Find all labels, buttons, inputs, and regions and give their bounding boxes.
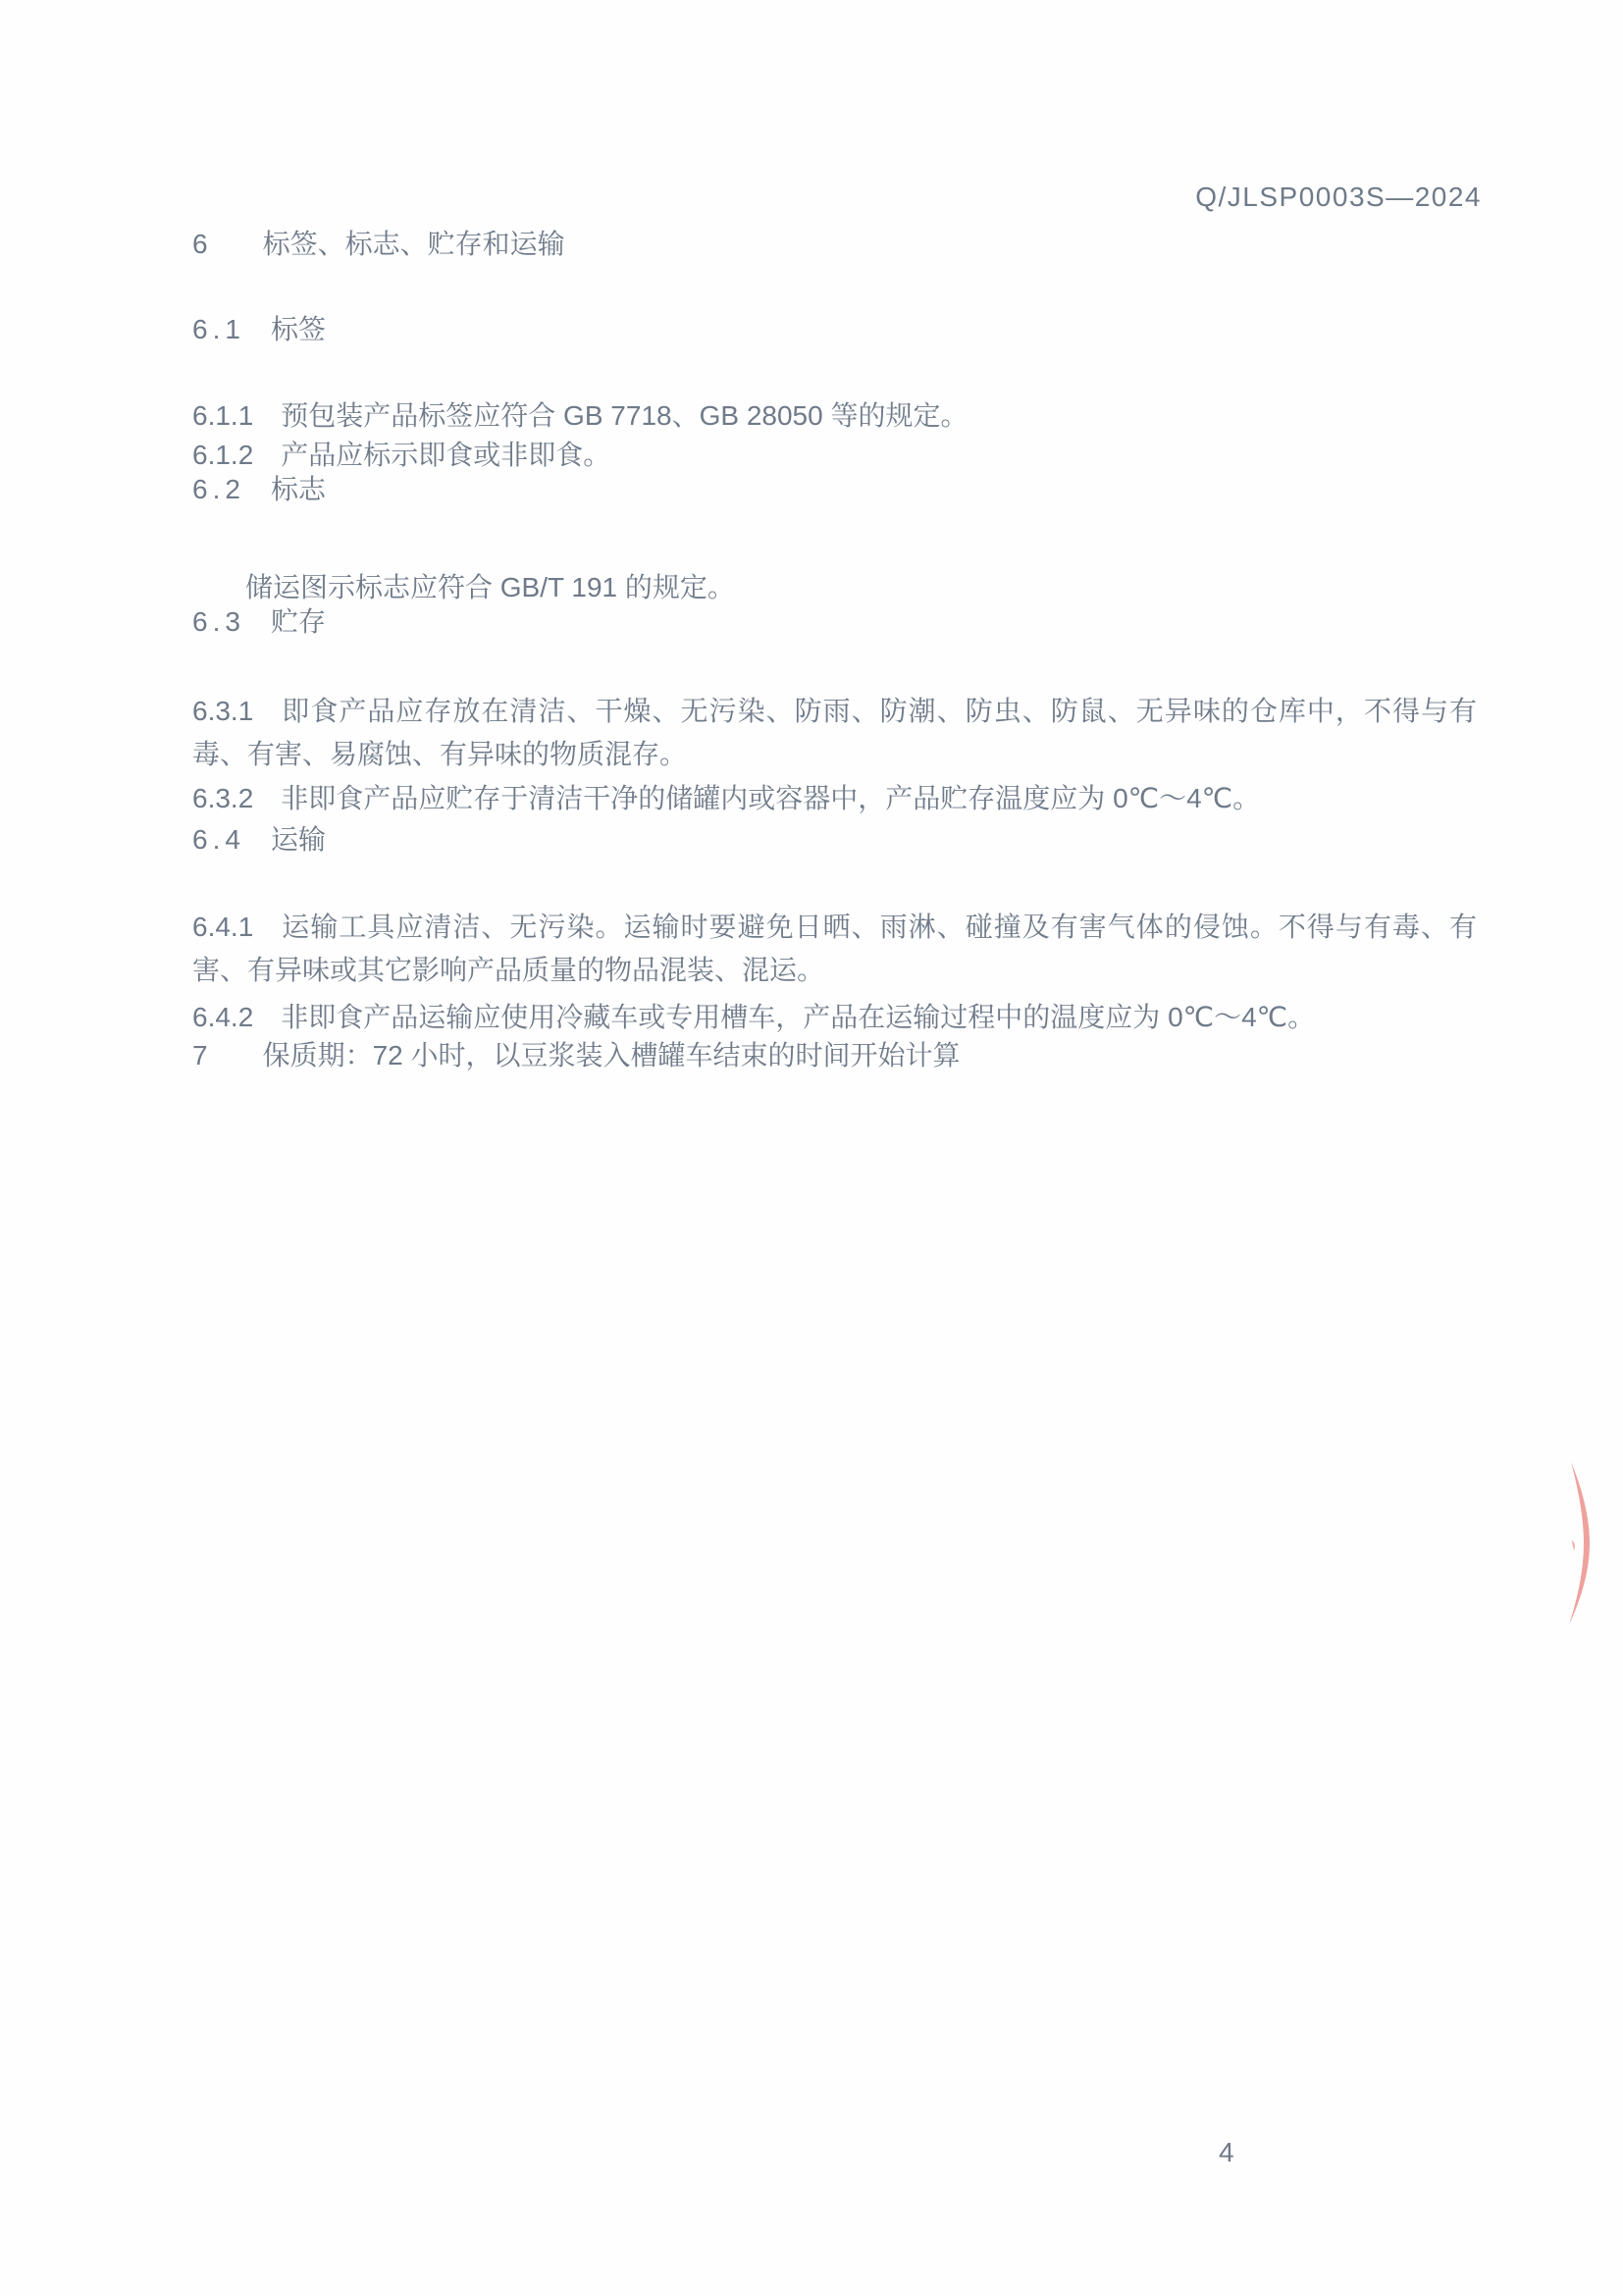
section-number: 7 bbox=[192, 1034, 208, 1077]
clause-number: 6.3.1 bbox=[192, 690, 253, 733]
clause-number: 6.3.2 bbox=[192, 777, 253, 820]
clause-text: 非即食产品应贮存于清洁干净的储罐内或容器中，产品贮存温度应为 0℃～4℃。 bbox=[281, 783, 1260, 813]
clause-text: 非即食产品运输应使用冷藏车或专用槽车，产品在运输过程中的温度应为 0℃～4℃。 bbox=[281, 1002, 1315, 1032]
section-number: 6 bbox=[192, 223, 208, 266]
stamp-arc bbox=[1569, 1462, 1590, 1625]
section-6-1-heading: 6.1标签 bbox=[192, 308, 1477, 351]
clause-text: 预包装产品标签应符合 GB 7718、GB 28050 等的规定。 bbox=[281, 400, 968, 431]
section-6-4-heading: 6.4运输 bbox=[192, 818, 1477, 861]
clause-text: 运输工具应清洁、无污染。运输时要避免日晒、雨淋、碰撞及有害气体的侵蚀。不得与有毒… bbox=[192, 912, 1477, 985]
paragraph-text: 储运图示标志应符合 GB/T 191 的规定。 bbox=[245, 572, 735, 602]
page-number: 4 bbox=[1219, 2131, 1234, 2174]
clause-number: 6.4.2 bbox=[192, 996, 253, 1039]
clause-6-4-2: 6.4.2非即食产品运输应使用冷藏车或专用槽车，产品在运输过程中的温度应为 0℃… bbox=[192, 996, 1477, 1039]
section-title: 标签 bbox=[271, 314, 326, 344]
section-6-heading: 6标签、标志、贮存和运输 bbox=[192, 223, 1477, 266]
section-title: 标志 bbox=[271, 474, 326, 504]
section-title: 贮存 bbox=[271, 606, 326, 637]
section-6-2-heading: 6.2标志 bbox=[192, 468, 1477, 511]
stamp-fleck bbox=[1572, 1540, 1575, 1550]
section-number: 6.2 bbox=[192, 468, 245, 511]
clause-text: 即食产品应存放在清洁、干燥、无污染、防雨、防潮、防虫、防鼠、无异味的仓库中，不得… bbox=[192, 696, 1477, 769]
clause-number: 6.4.1 bbox=[192, 906, 253, 949]
clause-6-4-1: 6.4.1运输工具应清洁、无污染。运输时要避免日晒、雨淋、碰撞及有害气体的侵蚀。… bbox=[192, 906, 1477, 992]
clause-text: 产品应标示即食或非即食。 bbox=[281, 440, 610, 470]
section-title: 标签、标志、贮存和运输 bbox=[263, 229, 565, 259]
clause-number: 6.1.1 bbox=[192, 394, 253, 438]
scanned-document-page: Q/JLSP0003S—2024 6标签、标志、贮存和运输 6.1标签 6.1.… bbox=[0, 0, 1623, 2296]
section-number: 6.4 bbox=[192, 818, 245, 861]
section-title: 保质期：72 小时，以豆浆装入槽罐车结束的时间开始计算 bbox=[263, 1040, 961, 1070]
red-stamp-edge-icon bbox=[1562, 1460, 1601, 1627]
section-7-heading: 7保质期：72 小时，以豆浆装入槽罐车结束的时间开始计算 bbox=[192, 1034, 1477, 1077]
doc-standard-number: Q/JLSP0003S—2024 bbox=[1195, 176, 1482, 219]
clause-6-3-2: 6.3.2非即食产品应贮存于清洁干净的储罐内或容器中，产品贮存温度应为 0℃～4… bbox=[192, 777, 1477, 820]
section-number: 6.3 bbox=[192, 600, 245, 644]
section-number: 6.1 bbox=[192, 308, 245, 351]
clause-6-3-1: 6.3.1即食产品应存放在清洁、干燥、无污染、防雨、防潮、防虫、防鼠、无异味的仓… bbox=[192, 690, 1477, 776]
section-6-3-heading: 6.3贮存 bbox=[192, 600, 1477, 644]
section-title: 运输 bbox=[271, 824, 326, 855]
clause-6-1-1: 6.1.1预包装产品标签应符合 GB 7718、GB 28050 等的规定。 bbox=[192, 394, 1477, 438]
